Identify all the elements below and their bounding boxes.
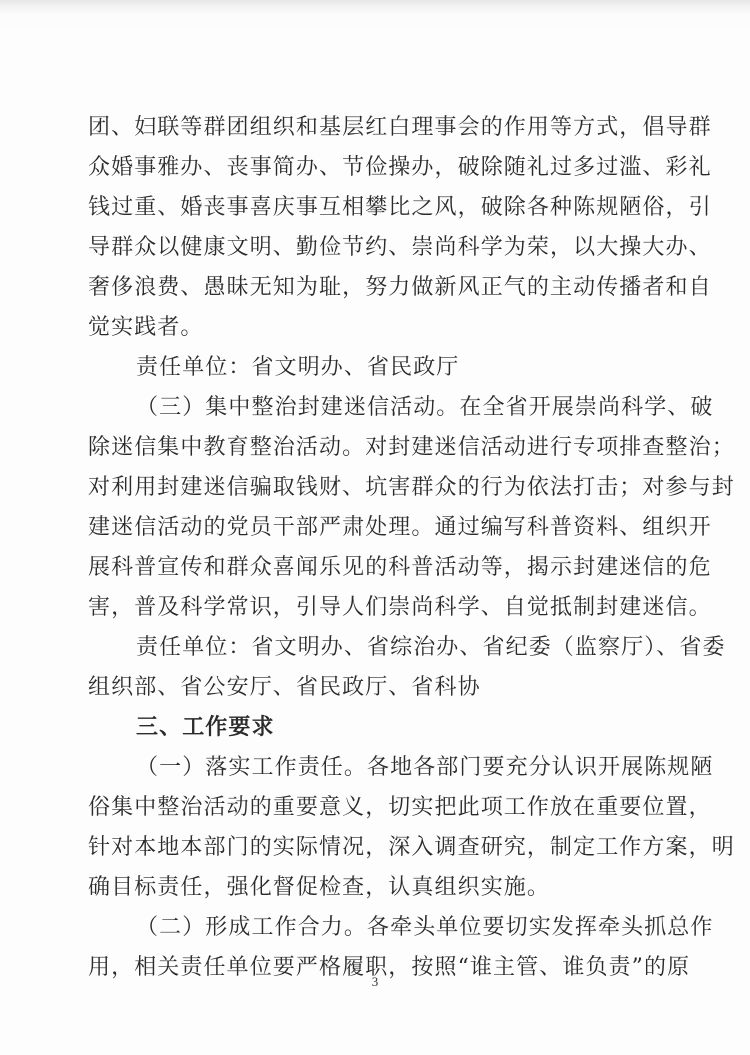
paragraph-line: 针对本地本部门的实际情况，深入调查研究，制定工作方案，明	[88, 828, 663, 868]
document-body: 团、妇联等群团组织和基层红白理事会的作用等方式，倡导群 众婚事雅办、丧事简办、节…	[88, 108, 663, 988]
paragraph-line: 团、妇联等群团组织和基层红白理事会的作用等方式，倡导群	[88, 108, 663, 148]
paragraph-line: 觉实践者。	[88, 308, 663, 348]
paragraph-line: 除迷信集中教育整治活动。对封建迷信活动进行专项排查整治；	[88, 428, 663, 468]
page-number: 3	[0, 974, 750, 990]
scan-top-edge	[0, 0, 750, 30]
paragraph-line: 害，普及科学常识，引导人们崇尚科学、自觉抵制封建迷信。	[88, 588, 663, 628]
paragraph-line: 钱过重、婚丧事喜庆事互相攀比之风，破除各种陈规陋俗，引	[88, 188, 663, 228]
paragraph-line: 导群众以健康文明、勤俭节约、崇尚科学为荣，以大操大办、	[88, 228, 663, 268]
paragraph-line: 俗集中整治活动的重要意义，切实把此项工作放在重要位置，	[88, 788, 663, 828]
responsible-units: 责任单位：省文明办、省民政厅	[88, 348, 663, 388]
section-heading: 三、工作要求	[88, 708, 663, 748]
section-3-title-line: （三）集中整治封建迷信活动。在全省开展崇尚科学、破	[88, 388, 663, 428]
paragraph-line: 众婚事雅办、丧事简办、节俭操办，破除随礼过多过滥、彩礼	[88, 148, 663, 188]
subsection-2-title-line: （二）形成工作合力。各牵头单位要切实发挥牵头抓总作	[88, 908, 663, 948]
responsible-units: 责任单位：省文明办、省综治办、省纪委（监察厅）、省委	[88, 628, 663, 668]
subsection-1-title-line: （一）落实工作责任。各地各部门要充分认识开展陈规陋	[88, 748, 663, 788]
paragraph-line: 展科普宣传和群众喜闻乐见的科普活动等，揭示封建迷信的危	[88, 548, 663, 588]
paragraph-line: 奢侈浪费、愚昧无知为耻，努力做新风正气的主动传播者和自	[88, 268, 663, 308]
paragraph-line: 对利用封建迷信骗取钱财、坑害群众的行为依法打击；对参与封	[88, 468, 663, 508]
paragraph-line: 建迷信活动的党员干部严肃处理。通过编写科普资料、组织开	[88, 508, 663, 548]
paragraph-line: 组织部、省公安厅、省民政厅、省科协	[88, 668, 663, 708]
paragraph-line: 确目标责任，强化督促检查，认真组织实施。	[88, 868, 663, 908]
